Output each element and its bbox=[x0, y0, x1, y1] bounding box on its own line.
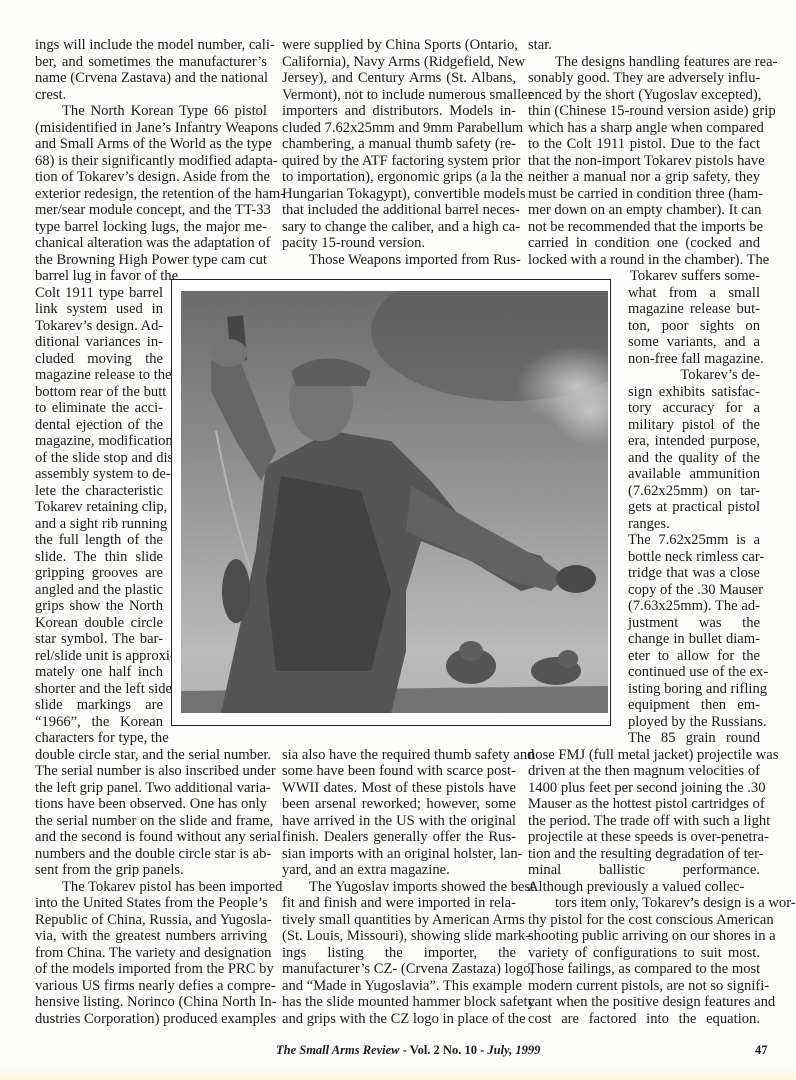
text-line: neither a manual nor a grip safety, they bbox=[528, 169, 760, 186]
text-line: rel/slide unit is approxi- bbox=[35, 648, 163, 665]
text-line: star. bbox=[528, 37, 760, 54]
publication-name: The Small Arms Review bbox=[276, 1043, 400, 1057]
text-line: various US firms nearly defies a compre- bbox=[35, 978, 267, 995]
photo-frame bbox=[171, 279, 611, 726]
text-line: nose FMJ (full metal jacket) projectile … bbox=[528, 747, 760, 764]
text-line: ditional variances in- bbox=[35, 334, 163, 351]
text-line: some variants, and a bbox=[628, 334, 760, 351]
text-line: 68) is their significantly modified adap… bbox=[35, 153, 267, 170]
text-line: Jersey), and Century Arms (St. Albans, bbox=[282, 70, 516, 87]
text-line: exterior redesign, the retention of the … bbox=[35, 186, 267, 203]
text-line: manufacturer’s CZ- (Crvena Zastaza) logo… bbox=[282, 961, 516, 978]
text-line: characters for type, the bbox=[35, 730, 163, 747]
text-line: tion and the resulting degradation of te… bbox=[528, 846, 760, 863]
text-line: mately one half inch bbox=[35, 664, 163, 681]
text-line: Those Weapons imported from Rus- bbox=[282, 252, 516, 269]
text-line: justment was the bbox=[628, 615, 760, 632]
text-line: modern current pistols, are not so signi… bbox=[528, 978, 760, 995]
text-line: bottom rear of the butt bbox=[35, 384, 163, 401]
text-line: ings will include the model number, cali… bbox=[35, 37, 267, 54]
text-line: lete the characteristic bbox=[35, 483, 163, 500]
text-line: (St. Louis, Missouri), showing slide mar… bbox=[282, 928, 516, 945]
text-line: Although previously a valued collec- bbox=[528, 879, 760, 896]
text-line: enced by the short (Yugoslav excepted), bbox=[528, 87, 760, 104]
text-line: tors item only, Tokarev’s design is a wo… bbox=[528, 895, 760, 912]
text-line: double circle star, and the serial numbe… bbox=[35, 747, 267, 764]
text-line: Tokarev’s design. Ad- bbox=[35, 318, 163, 335]
text-line: cant when the positive design features a… bbox=[528, 994, 760, 1011]
text-line: that included the additional barrel nece… bbox=[282, 202, 516, 219]
text-line: barrel lug in favor of the bbox=[35, 268, 163, 285]
text-line: type barrel locking lugs, the major me- bbox=[35, 219, 267, 236]
text-line: to the Colt 1911 pistol. Due to the fact bbox=[528, 136, 760, 153]
footer-separator: - bbox=[477, 1043, 487, 1057]
text-line: Tokarev’s de- bbox=[628, 367, 760, 384]
text-line: tory accuracy for a bbox=[628, 400, 760, 417]
text-line: and the quality of the bbox=[628, 450, 760, 467]
text-line: ranges. bbox=[628, 516, 760, 533]
text-line bbox=[528, 1027, 760, 1044]
text-line: The Tokarev pistol has been imported bbox=[35, 879, 267, 896]
text-line: The North Korean Type 66 pistol bbox=[35, 103, 267, 120]
text-line: sary to change the caliber, and a high c… bbox=[282, 219, 516, 236]
text-line: tridge that was a close bbox=[628, 565, 760, 582]
text-line: non-free fall magazine. bbox=[628, 351, 760, 368]
text-line: projectile at these speeds is over-penet… bbox=[528, 829, 760, 846]
text-line: carried in condition one (cocked and bbox=[528, 235, 760, 252]
text-line: magazine, modification bbox=[35, 433, 163, 450]
text-line: to importation), ergonomic grips (a la t… bbox=[282, 169, 516, 186]
text-line: shooting public arriving on our shores i… bbox=[528, 928, 760, 945]
text-line: yard, and an extra magazine. bbox=[282, 862, 516, 879]
text-line: Colt 1911 type barrel bbox=[35, 285, 163, 302]
text-line: magazine release but- bbox=[628, 301, 760, 318]
text-line: copy of the .30 Mauser bbox=[628, 582, 760, 599]
text-line: Korean double circle bbox=[35, 615, 163, 632]
soldier-photo bbox=[181, 291, 608, 713]
text-line: into the United States from the People’s bbox=[35, 895, 267, 912]
text-line: (misidentified in Jane’s Infantry Weapon… bbox=[35, 120, 267, 137]
text-line: sign exhibits satisfac- bbox=[628, 384, 760, 401]
text-line: mer down on an empty chamber). It can bbox=[528, 202, 760, 219]
text-line: locked with a round in the chamber). The bbox=[528, 252, 760, 269]
text-line: ings listing the importer, the bbox=[282, 945, 516, 962]
text-line: angled and the plastic bbox=[35, 582, 163, 599]
issue-volume: Vol. 2 No. 10 bbox=[410, 1043, 477, 1057]
text-line: importers and distributors. Models in- bbox=[282, 103, 516, 120]
scan-edge-tint bbox=[0, 1066, 796, 1080]
text-line: dustries Corporation) produced examples bbox=[35, 1011, 267, 1028]
text-line: magazine release to the bbox=[35, 367, 163, 384]
text-line: some have been found with scarce post- bbox=[282, 763, 516, 780]
text-line: ton, poor sights on bbox=[628, 318, 760, 335]
text-line: not be recommended that the imports be bbox=[528, 219, 760, 236]
text-line: cost are factored into the equation. bbox=[528, 1011, 760, 1028]
text-line: sia also have the required thumb safety … bbox=[282, 747, 516, 764]
text-line: dental ejection of the bbox=[35, 417, 163, 434]
text-line: and grips with the CZ logo in place of t… bbox=[282, 1011, 516, 1028]
text-line: numbers and the double circle star is ab… bbox=[35, 846, 267, 863]
text-line: pacity 15-round version. bbox=[282, 235, 516, 252]
text-line: been arsenal reworked; however, some bbox=[282, 796, 516, 813]
text-line: have arrived in the US with the original bbox=[282, 813, 516, 830]
text-line: name (Crvena Zastava) and the national bbox=[35, 70, 267, 87]
text-line: has the slide mounted hammer block safet… bbox=[282, 994, 516, 1011]
text-line: gets at practical pistol bbox=[628, 499, 760, 516]
text-line: were supplied by China Sports (Ontario, bbox=[282, 37, 516, 54]
text-line: the full length of the bbox=[35, 532, 163, 549]
text-line: mer/sear module concept, and the TT-33 bbox=[35, 202, 267, 219]
text-line: link system used in bbox=[35, 301, 163, 318]
text-line: sent from the grip panels. bbox=[35, 862, 267, 879]
text-line: quired by the ATF factoring system prior bbox=[282, 153, 516, 170]
text-line: The serial number is also inscribed unde… bbox=[35, 763, 267, 780]
text-line: Those failings, as compared to the most bbox=[528, 961, 760, 978]
text-line: military pistol of the bbox=[628, 417, 760, 434]
text-line: variety of configurations to suit most. bbox=[528, 945, 760, 962]
text-line: Mauser as the hottest pistol cartridges … bbox=[528, 796, 760, 813]
text-line: assembly system to de- bbox=[35, 466, 163, 483]
text-line: minal ballistic performance. bbox=[528, 862, 760, 879]
text-line: thin (Chinese 15-round version aside) gr… bbox=[528, 103, 760, 120]
text-line: the period. The trade off with such a li… bbox=[528, 813, 760, 830]
text-line: Republic of China, Russia, and Yugosla- bbox=[35, 912, 267, 929]
text-line: to eliminate the acci- bbox=[35, 400, 163, 417]
text-line: equipment then em- bbox=[628, 697, 760, 714]
text-line: WWII dates. Most of these pistols have bbox=[282, 780, 516, 797]
text-line: and “Made in Yugoslavia”. This example bbox=[282, 978, 516, 995]
text-line: driven at the then magnum velocities of bbox=[528, 763, 760, 780]
text-line: chambering, a manual thumb safety (re- bbox=[282, 136, 516, 153]
text-line: the left grip panel. Two additional vari… bbox=[35, 780, 267, 797]
text-line: change in bullet diam- bbox=[628, 631, 760, 648]
text-line: (7.63x25mm). The ad- bbox=[628, 598, 760, 615]
text-line: The designs handling features are rea- bbox=[528, 54, 760, 71]
text-line: Tokarev suffers some- bbox=[628, 268, 760, 285]
text-line: The Yugoslav imports showed the best bbox=[282, 879, 516, 896]
text-line: crest. bbox=[35, 87, 267, 104]
photo-illustration bbox=[181, 291, 608, 713]
text-line: “1966”, the Korean bbox=[35, 714, 163, 731]
text-line: available ammunition bbox=[628, 466, 760, 483]
text-line: sian imports with an original holster, l… bbox=[282, 846, 516, 863]
text-line: bottle neck rimless car- bbox=[628, 549, 760, 566]
text-line: thy pistol for the cost conscious Americ… bbox=[528, 912, 760, 929]
text-line: cluded 7.62x25mm and 9mm Parabellum bbox=[282, 120, 516, 137]
publication-footer: The Small Arms Review - Vol. 2 No. 10 - … bbox=[276, 1043, 540, 1058]
text-line: hensive listing. Norinco (China North In… bbox=[35, 994, 267, 1011]
text-line: tion of Tokarev’s design. Aside from the bbox=[35, 169, 267, 186]
text-line: The 85 grain round bbox=[628, 730, 760, 747]
text-line: Vermont), not to include numerous smalle… bbox=[282, 87, 516, 104]
footer-separator: - bbox=[400, 1043, 410, 1057]
text-line: 1400 plus feet per second joining the .3… bbox=[528, 780, 760, 797]
text-line: eter to allow for the bbox=[628, 648, 760, 665]
text-line: the Browning High Power type cam cut bbox=[35, 252, 267, 269]
text-line: that the non-import Tokarev pistols have bbox=[528, 153, 760, 170]
text-line: Hungarian Tokagypt), convertible models bbox=[282, 186, 516, 203]
text-line: (7.62x25mm) on tar- bbox=[628, 483, 760, 500]
text-line: and a sight rib running bbox=[35, 516, 163, 533]
text-line: tions have been observed. One has only bbox=[35, 796, 267, 813]
text-line: chanical alteration was the adaptation o… bbox=[35, 235, 267, 252]
text-line: California), Navy Arms (Ridgefield, New bbox=[282, 54, 516, 71]
text-line: gripping grooves are bbox=[35, 565, 163, 582]
text-line: Tokarev retaining clip, bbox=[35, 499, 163, 516]
text-line: sonably good. They are adversely influ- bbox=[528, 70, 760, 87]
issue-date: July, 1999 bbox=[487, 1043, 540, 1057]
text-line: must be carried in condition three (ham- bbox=[528, 186, 760, 203]
text-line: The 7.62x25mm is a bbox=[628, 532, 760, 549]
text-line: grips show the North bbox=[35, 598, 163, 615]
text-line: isting boring and rifling bbox=[628, 681, 760, 698]
page-number: 47 bbox=[755, 1043, 768, 1058]
text-line: which has a sharp angle when compared bbox=[528, 120, 760, 137]
text-line: of the models imported from the PRC by bbox=[35, 961, 267, 978]
text-line: ber, and sometimes the manufacturer’s bbox=[35, 54, 267, 71]
text-line: the serial number on the slide and frame… bbox=[35, 813, 267, 830]
text-line: what from a small bbox=[628, 285, 760, 302]
magazine-page: ings will include the model number, cali… bbox=[0, 0, 796, 1080]
text-line: slide markings are bbox=[35, 697, 163, 714]
text-line: cluded moving the bbox=[35, 351, 163, 368]
text-line: of the slide stop and dis- bbox=[35, 450, 163, 467]
text-line: era, intended purpose, bbox=[628, 433, 760, 450]
text-line: tively small quantities by American Arms bbox=[282, 912, 516, 929]
text-line: and Small Arms of the World as the type bbox=[35, 136, 267, 153]
text-line: ployed by the Russians. bbox=[628, 714, 760, 731]
text-line: via, with the greatest numbers arriving bbox=[35, 928, 267, 945]
text-line: and the second is found without any seri… bbox=[35, 829, 267, 846]
text-line: slide. The thin slide bbox=[35, 549, 163, 566]
text-line: finish. Dealers generally offer the Rus- bbox=[282, 829, 516, 846]
text-line: fit and finish and were imported in rela… bbox=[282, 895, 516, 912]
text-line: continued use of the ex- bbox=[628, 664, 760, 681]
text-line: from China. The variety and designation bbox=[35, 945, 267, 962]
text-line: star symbol. The bar- bbox=[35, 631, 163, 648]
text-line: shorter and the left side bbox=[35, 681, 163, 698]
